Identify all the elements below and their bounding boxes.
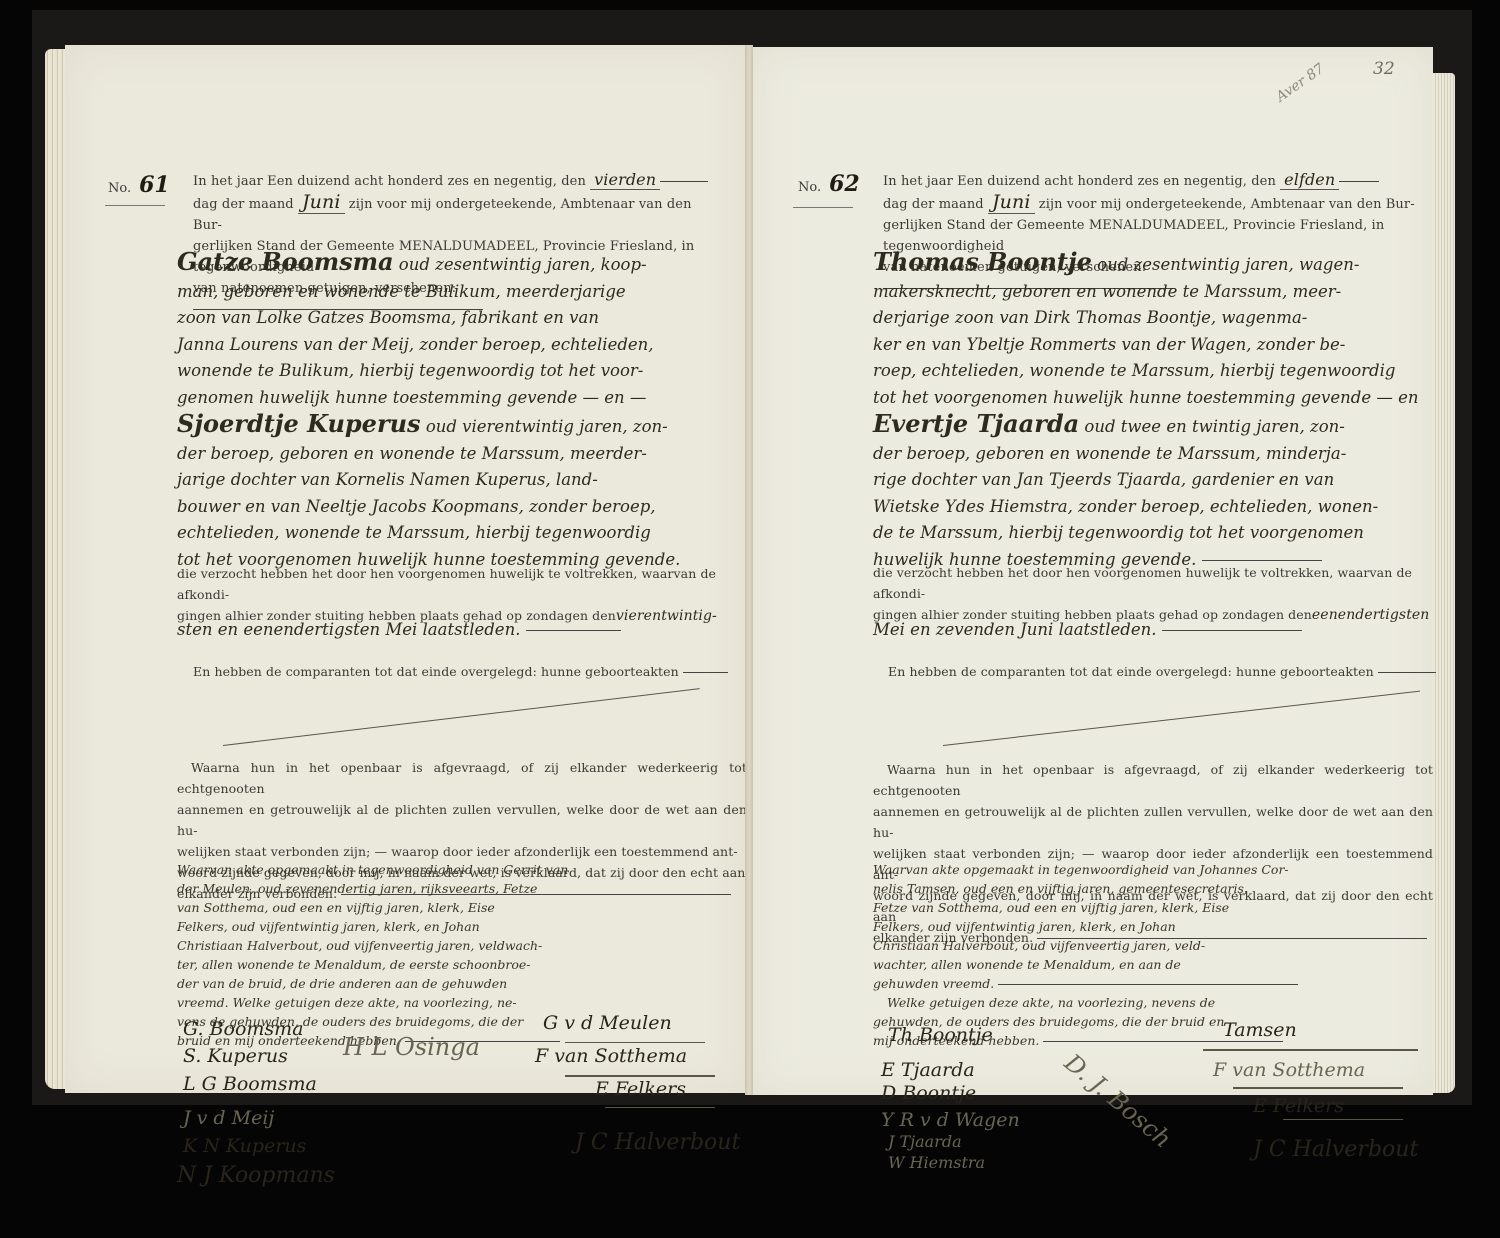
- hand-line: oud zesentwintig jaren, wagen-: [1097, 255, 1359, 274]
- hand-line: oud vierentwintig jaren, zon-: [426, 417, 668, 436]
- signature: N J Koopmans: [177, 1163, 335, 1188]
- hand-line: nelis Tamsen, oud een en vijftig jaren, …: [873, 879, 1433, 898]
- intro-line: In het jaar Een duizend acht honderd zes…: [883, 174, 1276, 189]
- signature-witness: J C Halverbout: [575, 1130, 740, 1155]
- hand-line: ker en van Ybeltje Rommerts van der Wage…: [873, 332, 1423, 359]
- entry-number: No.62: [798, 171, 860, 197]
- hand-line: Felkers, oud vijfentwintig jaren, klerk,…: [873, 917, 1433, 936]
- hand-line: oud zesentwintig jaren, koop-: [399, 255, 647, 274]
- day-field: vierden: [590, 170, 660, 190]
- page-number: 32: [1373, 59, 1395, 79]
- groom-name: Gatze Boomsma: [177, 247, 394, 276]
- signature-underline: [1283, 1119, 1403, 1120]
- witness-paragraph: Waarvan akte opgemaakt in tegenwoordighe…: [873, 860, 1433, 1050]
- hand-line: wonende te Bulikum, hierbij tegenwoordig…: [177, 358, 737, 385]
- banns-line: die verzocht hebben het door hen voorgen…: [873, 562, 1433, 604]
- hand-line: jarige dochter van Kornelis Namen Kuperu…: [177, 467, 737, 494]
- intro-line: zijn voor mij ondergeteekende, Ambtenaar…: [1039, 197, 1415, 212]
- hand-line: van Sotthema, oud een en vijftig jaren, …: [177, 898, 747, 917]
- signature-underline: [1203, 1049, 1418, 1051]
- signature: D Boontje: [881, 1082, 976, 1104]
- margin-note: Aver 87: [1273, 61, 1327, 105]
- vows-line: Waarna hun in het openbaar is afgevraagd…: [177, 757, 747, 799]
- hand-line: wachter, allen wonende te Menaldum, en a…: [873, 955, 1433, 974]
- hand-line: der van de bruid, de drie anderen aan de…: [177, 974, 747, 993]
- bride-name: Sjoerdtje Kuperus: [177, 409, 421, 438]
- book-gutter: [745, 45, 753, 1095]
- hand-line: oud twee en twintig jaren, zon-: [1084, 417, 1344, 436]
- bride-name: Evertje Tjaarda: [873, 409, 1079, 438]
- vows-line: Waarna hun in het openbaar is afgevraagd…: [873, 759, 1433, 801]
- hand-line: derjarige zoon van Dirk Thomas Boontje, …: [873, 305, 1423, 332]
- hand-line: genomen huwelijk hunne toestemming geven…: [177, 385, 737, 412]
- signature: G. Boomsma: [183, 1018, 304, 1040]
- hand-line: tot het voorgenomen huwelijk hunne toest…: [873, 385, 1423, 412]
- hand-line: Felkers, oud vijfentwintig jaren, klerk,…: [177, 917, 747, 936]
- signature-witness: J C Halverbout: [1253, 1137, 1418, 1162]
- signature: S. Kuperus: [183, 1045, 288, 1067]
- signature: E Tjaarda: [881, 1059, 975, 1081]
- signature-witness: F van Sotthema: [1213, 1059, 1365, 1081]
- groom-particulars: Thomas Boontje oud zesentwintig jaren, w…: [873, 249, 1423, 573]
- divider: [105, 205, 165, 206]
- hand-line: makersknecht, geboren en wonende te Mars…: [873, 279, 1423, 306]
- hand-line: Christiaan Halverbout, oud vijfenveertig…: [873, 936, 1433, 955]
- groom-particulars: Gatze Boomsma oud zesentwintig jaren, ko…: [177, 249, 737, 573]
- signature: Th Boontje: [888, 1024, 993, 1046]
- hand-line: gehuwden vreemd.: [873, 976, 994, 991]
- entry-number: No.61: [108, 172, 170, 198]
- entry-label: No.: [108, 181, 131, 196]
- hand-line: zoon van Lolke Gatzes Boomsma, fabrikant…: [177, 305, 737, 332]
- banns-line: die verzocht hebben het door hen voorgen…: [177, 563, 747, 605]
- hand-line: der beroep, geboren en wonende te Marssu…: [873, 441, 1423, 468]
- entry-label: No.: [798, 180, 821, 195]
- signature-underline: [565, 1042, 705, 1043]
- hand-line: Waarvan akte opgemaakt in tegenwoordighe…: [873, 860, 1433, 879]
- vows-line: welijken staat verbonden zijn; — waarop …: [177, 841, 747, 862]
- entry-number-value: 62: [829, 171, 860, 197]
- hand-line: Janna Lourens van der Meij, zonder beroe…: [177, 332, 737, 359]
- hand-line: ter, allen wonende te Menaldum, de eerst…: [177, 955, 747, 974]
- signature: L G Boomsma: [183, 1073, 317, 1095]
- hand-line: Fetze van Sotthema, oud een en vijftig j…: [873, 898, 1433, 917]
- strike-line: [223, 688, 700, 746]
- page-edges-right: [1433, 73, 1455, 1093]
- strike-line: [943, 691, 1420, 746]
- signature-underline: [605, 1107, 715, 1108]
- signature-witness: E Felkers: [1253, 1095, 1344, 1117]
- signature-witness: E Felkers: [595, 1078, 686, 1100]
- signature-underline: [565, 1075, 715, 1077]
- hand-line: rige dochter van Jan Tjeerds Tjaarda, ga…: [873, 467, 1423, 494]
- signature-official: H L Osinga: [343, 1033, 480, 1061]
- hand-line: Waarvan akte opgemaakt in tegenwoordighe…: [177, 860, 747, 879]
- month-field: Juni: [298, 191, 345, 214]
- intro-line: dag der maand: [193, 197, 294, 212]
- register-book: No.61 In het jaar Een duizend acht honde…: [45, 45, 1455, 1100]
- hand-line: Mei en zevenden Juni laatstleden.: [873, 620, 1157, 639]
- vows-line: aannemen en getrouwelijk al de plichten …: [873, 801, 1433, 843]
- signature-witness: G v d Meulen: [543, 1012, 672, 1034]
- hand-line: Christiaan Halverbout, oud vijfenveertig…: [177, 936, 747, 955]
- hand-line: man, geboren en wonende te Bulikum, meer…: [177, 279, 737, 306]
- intro-line: In het jaar Een duizend acht honderd zes…: [193, 174, 586, 189]
- documents-text: En hebben de comparanten tot dat einde o…: [193, 664, 679, 679]
- right-page: Aver 87 32 No.62 In het jaar Een duizend…: [753, 47, 1433, 1095]
- groom-name: Thomas Boontje: [873, 247, 1092, 276]
- signature-witness: Tamsen: [1223, 1019, 1297, 1041]
- signature-underline: [1233, 1087, 1403, 1089]
- left-page: No.61 In het jaar Een duizend acht honde…: [65, 45, 745, 1093]
- banns-dates: sten en eenendertigsten Mei laatstleden.: [177, 617, 737, 644]
- hand-line: Welke getuigen deze akte, na voorlezing,…: [873, 993, 1433, 1012]
- hand-line: der Meulen, oud zevenendertig jaren, rij…: [177, 879, 747, 898]
- entry-number-value: 61: [139, 172, 170, 198]
- divider: [793, 207, 853, 208]
- signature: J Tjaarda: [888, 1132, 962, 1151]
- month-field: Juni: [988, 191, 1035, 214]
- hand-line: de te Marssum, hierbij tegenwoordig tot …: [873, 520, 1423, 547]
- documents-line: En hebben de comparanten tot dat einde o…: [888, 661, 1448, 682]
- hand-line: sten en eenendertigsten Mei laatstleden.: [177, 620, 520, 639]
- hand-line: bouwer en van Neeltje Jacobs Koopmans, z…: [177, 494, 737, 521]
- vows-line: aannemen en getrouwelijk al de plichten …: [177, 799, 747, 841]
- hand-line: vreemd. Welke getuigen deze akte, na voo…: [177, 993, 747, 1012]
- documents-text: En hebben de comparanten tot dat einde o…: [888, 664, 1374, 679]
- day-field: elfden: [1280, 170, 1339, 190]
- hand-line: Wietske Ydes Hiemstra, zonder beroep, ec…: [873, 494, 1423, 521]
- intro-line: dag der maand: [883, 197, 984, 212]
- signature: Y R v d Wagen: [881, 1109, 1020, 1131]
- hand-line: echtelieden, wonende te Marssum, hierbij…: [177, 520, 737, 547]
- signature-witness: F van Sotthema: [535, 1045, 687, 1067]
- documents-line: En hebben de comparanten tot dat einde o…: [193, 661, 753, 682]
- banns-dates: Mei en zevenden Juni laatstleden.: [873, 617, 1423, 644]
- signature: K N Kuperus: [183, 1135, 306, 1157]
- signature: J v d Meij: [183, 1107, 274, 1129]
- hand-line: der beroep, geboren en wonende te Marssu…: [177, 441, 737, 468]
- signature: W Hiemstra: [888, 1153, 985, 1172]
- hand-line: roep, echtelieden, wonende te Marssum, h…: [873, 358, 1423, 385]
